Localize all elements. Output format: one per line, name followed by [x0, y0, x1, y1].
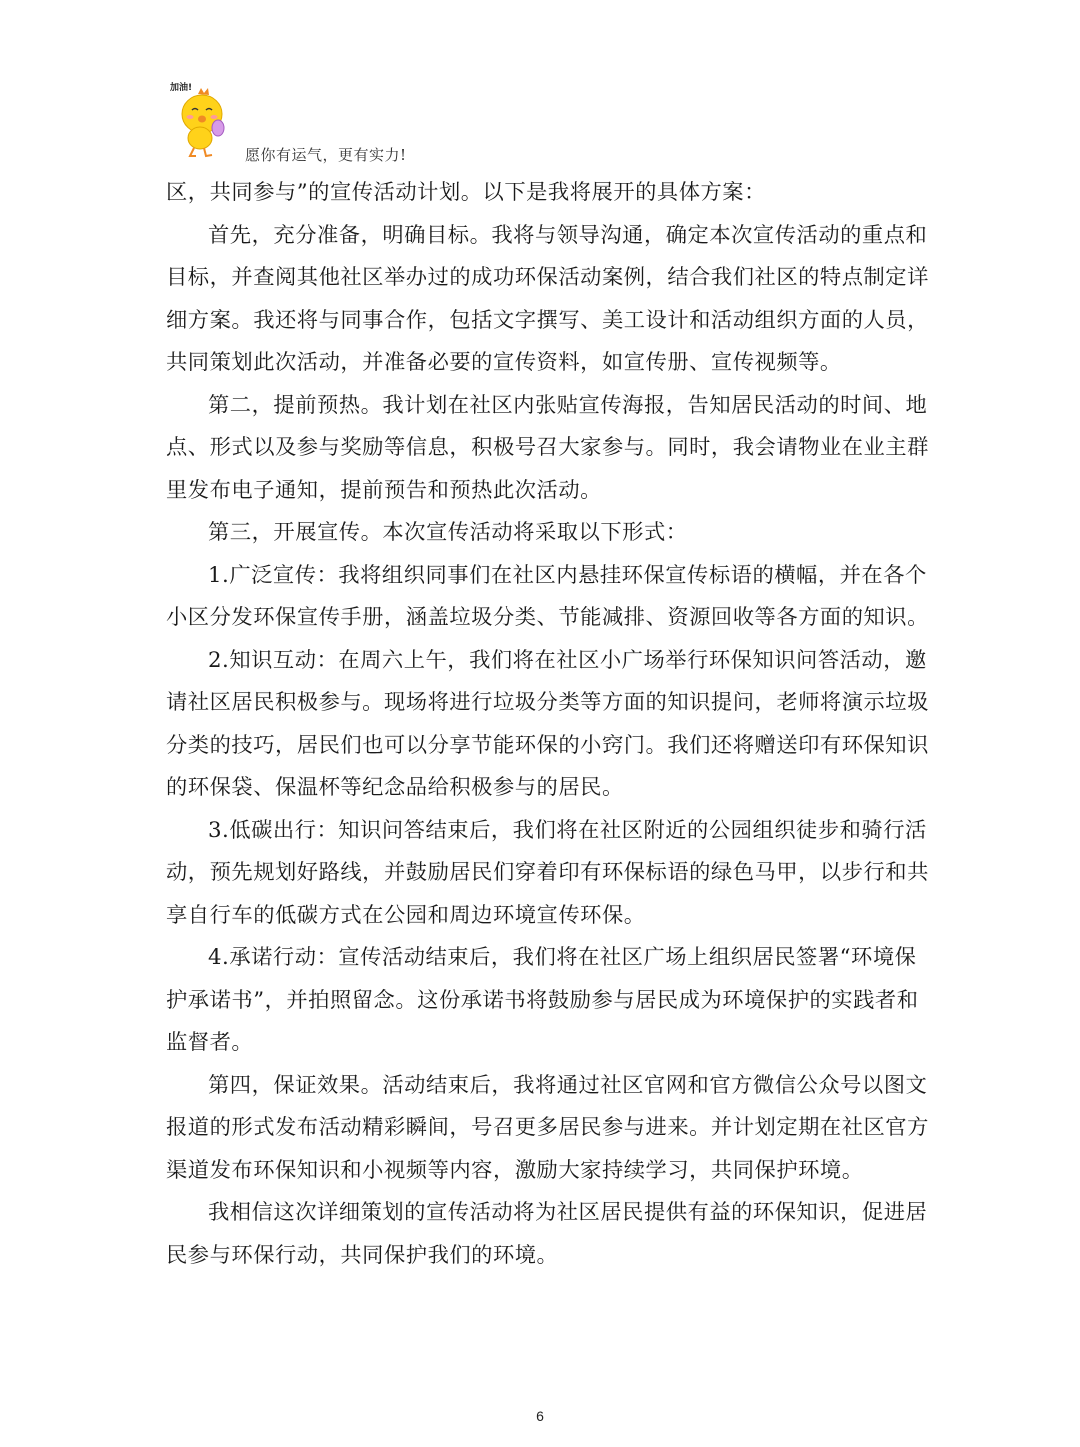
- text-line: 的环保袋、保温杯等纪念品给积极参与的居民。: [166, 767, 918, 810]
- text-line: 2.知识互动：在周六上午，我们将在社区小广场举行环保知识问答活动，邀: [166, 640, 918, 683]
- text-line: 3.低碳出行：知识问答结束后，我们将在社区附近的公园组织徒步和骑行活: [166, 810, 918, 853]
- text-line: 点、形式以及参与奖励等信息，积极号召大家参与。同时，我会请物业在业主群: [166, 427, 918, 470]
- text-line: 4.承诺行动：宣传活动结束后，我们将在社区广场上组织居民签署“环境保: [166, 937, 918, 980]
- sticker-text: 加油!: [169, 81, 192, 93]
- paragraph: 第三，开展宣传。本次宣传活动将采取以下形式：: [166, 512, 918, 555]
- text-line: 里发布电子通知，提前预告和预热此次活动。: [166, 470, 918, 513]
- chick-sticker-icon: 加油!: [168, 80, 238, 160]
- document-page: 加油! 愿你有运气，更有实力! 区，共同参与”的宣传活动计划。以下是我将展开的具…: [0, 0, 1080, 1447]
- text-line: 分类的技巧，居民们也可以分享节能环保的小窍门。我们还将赠送印有环保知识: [166, 725, 918, 768]
- paragraph: 首先，充分准备，明确目标。我将与领导沟通，确定本次宣传活动的重点和 目标，并查阅…: [166, 215, 918, 385]
- paragraph: 我相信这次详细策划的宣传活动将为社区居民提供有益的环保知识，促进居 民参与环保行…: [166, 1192, 918, 1277]
- text-line: 目标，并查阅其他社区举办过的成功环保活动案例，结合我们社区的特点制定详: [166, 257, 918, 300]
- text-line: 监督者。: [166, 1022, 918, 1065]
- text-line: 报道的形式发布活动精彩瞬间，号召更多居民参与进来。并计划定期在社区官方: [166, 1107, 918, 1150]
- text-line: 区，共同参与”的宣传活动计划。以下是我将展开的具体方案：: [166, 172, 918, 215]
- paragraph: 2.知识互动：在周六上午，我们将在社区小广场举行环保知识问答活动，邀 请社区居民…: [166, 640, 918, 810]
- text-line: 1.广泛宣传：我将组织同事们在社区内悬挂环保宣传标语的横幅，并在各个: [166, 555, 918, 598]
- text-line: 渠道发布环保知识和小视频等内容，激励大家持续学习，共同保护环境。: [166, 1150, 918, 1193]
- paragraph: 1.广泛宣传：我将组织同事们在社区内悬挂环保宣传标语的横幅，并在各个 小区分发环…: [166, 555, 918, 640]
- paragraph: 第二，提前预热。我计划在社区内张贴宣传海报，告知居民活动的时间、地 点、形式以及…: [166, 385, 918, 513]
- paragraph: 区，共同参与”的宣传活动计划。以下是我将展开的具体方案：: [166, 172, 918, 215]
- text-line: 首先，充分准备，明确目标。我将与领导沟通，确定本次宣传活动的重点和: [166, 215, 918, 258]
- text-line: 民参与环保行动，共同保护我们的环境。: [166, 1235, 918, 1278]
- text-line: 享自行车的低碳方式在公园和周边环境宣传环保。: [166, 895, 918, 938]
- text-line: 细方案。我还将与同事合作，包括文字撰写、美工设计和活动组织方面的人员，: [166, 300, 918, 343]
- paragraph: 4.承诺行动：宣传活动结束后，我们将在社区广场上组织居民签署“环境保 护承诺书”…: [166, 937, 918, 1065]
- text-line: 请社区居民积极参与。现场将进行垃圾分类等方面的知识提问，老师将演示垃圾: [166, 682, 918, 725]
- text-line: 第四，保证效果。活动结束后，我将通过社区官网和官方微信公众号以图文: [166, 1065, 918, 1108]
- text-line: 第二，提前预热。我计划在社区内张贴宣传海报，告知居民活动的时间、地: [166, 385, 918, 428]
- sticker-caption: 愿你有运气，更有实力!: [245, 144, 407, 165]
- document-body: 区，共同参与”的宣传活动计划。以下是我将展开的具体方案： 首先，充分准备，明确目…: [166, 172, 918, 1277]
- text-line: 第三，开展宣传。本次宣传活动将采取以下形式：: [166, 512, 918, 555]
- text-line: 小区分发环保宣传手册，涵盖垃圾分类、节能减排、资源回收等各方面的知识。: [166, 597, 918, 640]
- text-line: 我相信这次详细策划的宣传活动将为社区居民提供有益的环保知识，促进居: [166, 1192, 918, 1235]
- paragraph: 第四，保证效果。活动结束后，我将通过社区官网和官方微信公众号以图文 报道的形式发…: [166, 1065, 918, 1193]
- text-line: 动，预先规划好路线，并鼓励居民们穿着印有环保标语的绿色马甲，以步行和共: [166, 852, 918, 895]
- text-line: 护承诺书”，并拍照留念。这份承诺书将鼓励参与居民成为环境保护的实践者和: [166, 980, 918, 1023]
- page-number: 6: [0, 1408, 1080, 1424]
- paragraph: 3.低碳出行：知识问答结束后，我们将在社区附近的公园组织徒步和骑行活 动，预先规…: [166, 810, 918, 938]
- text-line: 共同策划此次活动，并准备必要的宣传资料，如宣传册、宣传视频等。: [166, 342, 918, 385]
